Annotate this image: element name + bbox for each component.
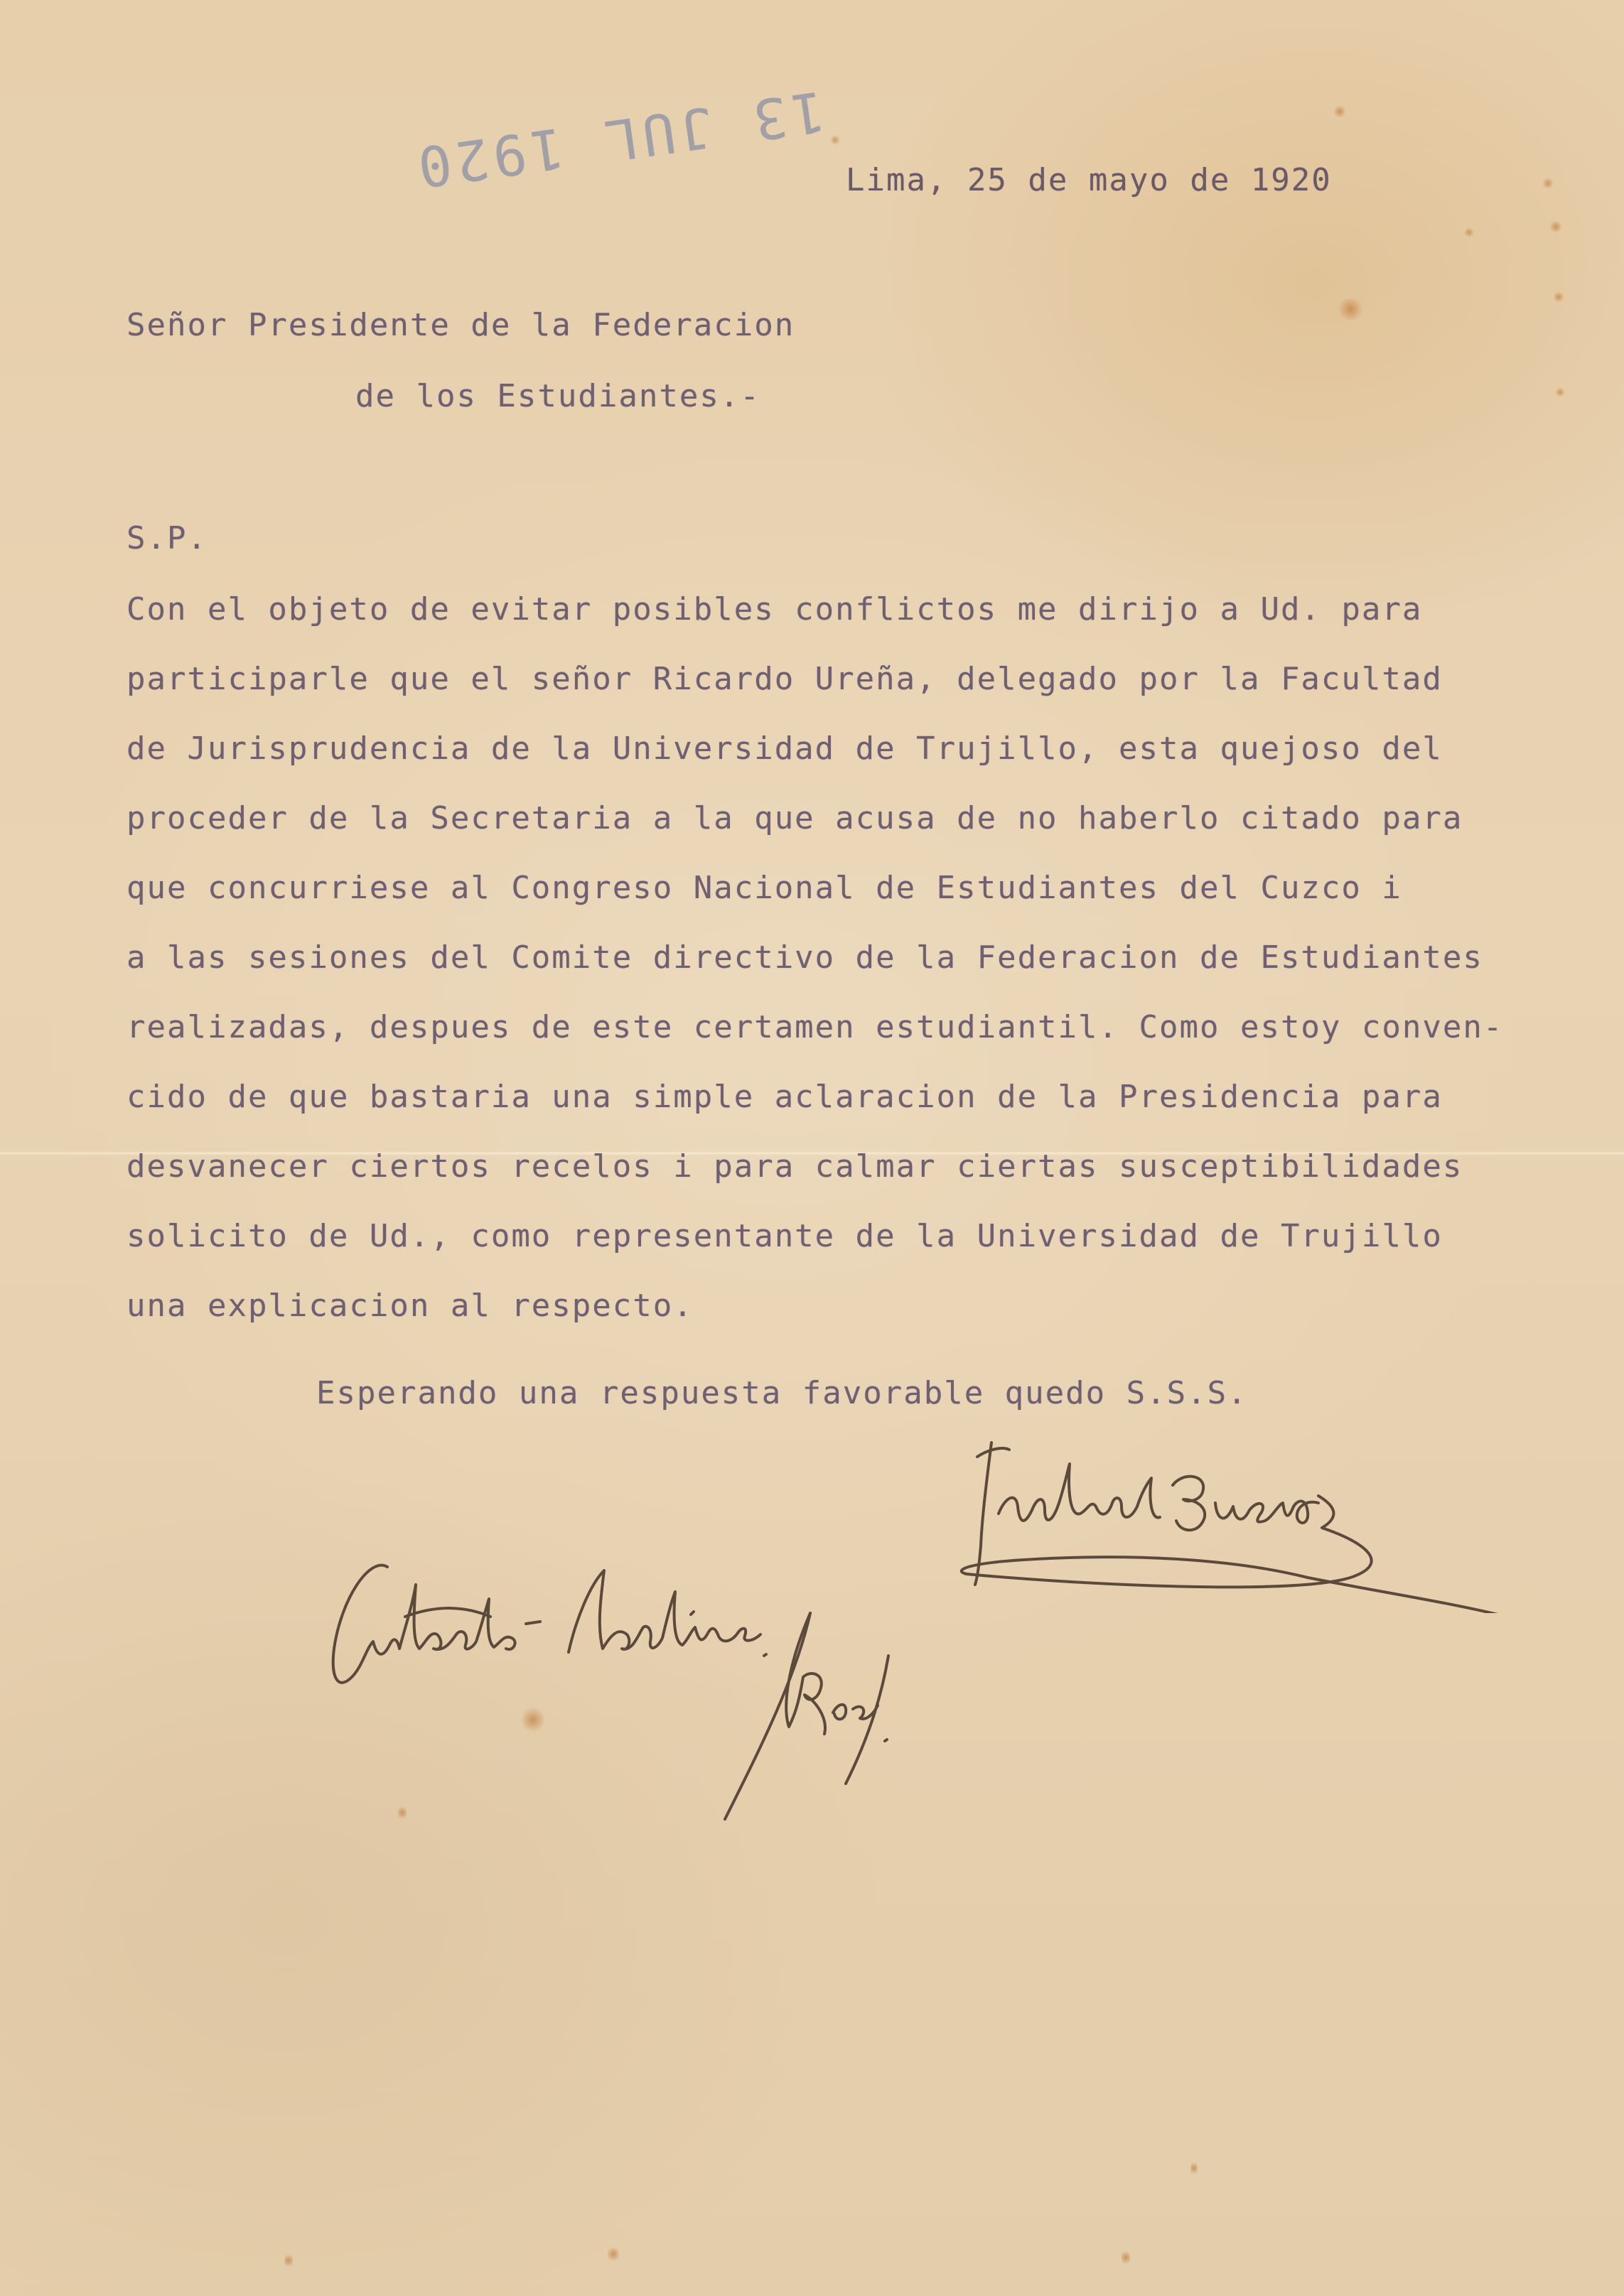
- foxing-spot: [1336, 298, 1365, 320]
- foxing-spot: [284, 2253, 293, 2268]
- foxing-spot: [1122, 2249, 1130, 2266]
- foxing-spot: [1553, 291, 1564, 303]
- foxing-spot: [608, 2246, 619, 2263]
- foxing-spot: [1555, 387, 1565, 397]
- foxing-spot: [1464, 227, 1474, 237]
- salutation: S.P.: [127, 520, 208, 556]
- foxing-spot: [1333, 105, 1346, 118]
- body-line: proceder de la Secretaria a la que acusa…: [127, 800, 1463, 836]
- body-line: realizadas, despues de este certamen est…: [127, 1009, 1503, 1045]
- date-line: Lima, 25 de mayo de 1920: [846, 162, 1332, 198]
- body-line: a las sesiones del Comite directivo de l…: [127, 939, 1483, 976]
- body-line: que concurriese al Congreso Nacional de …: [127, 870, 1402, 906]
- foxing-spot: [1549, 220, 1562, 233]
- body-line: cido de que bastaria una simple aclaraci…: [127, 1079, 1443, 1115]
- body-line: Con el objeto de evitar posibles conflic…: [127, 591, 1422, 627]
- foxing-spot: [1190, 2160, 1198, 2176]
- closing-line: Esperando una respuesta favorable quedo …: [316, 1375, 1248, 1411]
- body-line: participarle que el señor Ricardo Ureña,…: [127, 661, 1443, 697]
- letter-page: 13 JUL 1920 Lima, 25 de mayo de 1920 Señ…: [0, 0, 1624, 2296]
- handwritten-annotation: Contestado.- Archívese. J. Ros: [299, 1535, 1102, 1848]
- addressee-line-2: de los Estudiantes.-: [355, 378, 760, 414]
- foxing-spot: [1542, 178, 1554, 189]
- addressee-line-1: Señor Presidente de la Federacion: [127, 307, 795, 343]
- body-line: desvanecer ciertos recelos i para calmar…: [127, 1148, 1463, 1185]
- body-line: solicito de Ud., como representante de l…: [127, 1218, 1443, 1254]
- body-line: de Jurisprudencia de la Universidad de T…: [127, 731, 1443, 767]
- foxing-spot: [830, 135, 840, 145]
- receipt-date-stamp: 13 JUL 1920: [410, 78, 829, 199]
- body-line: una explicacion al respecto.: [127, 1288, 694, 1324]
